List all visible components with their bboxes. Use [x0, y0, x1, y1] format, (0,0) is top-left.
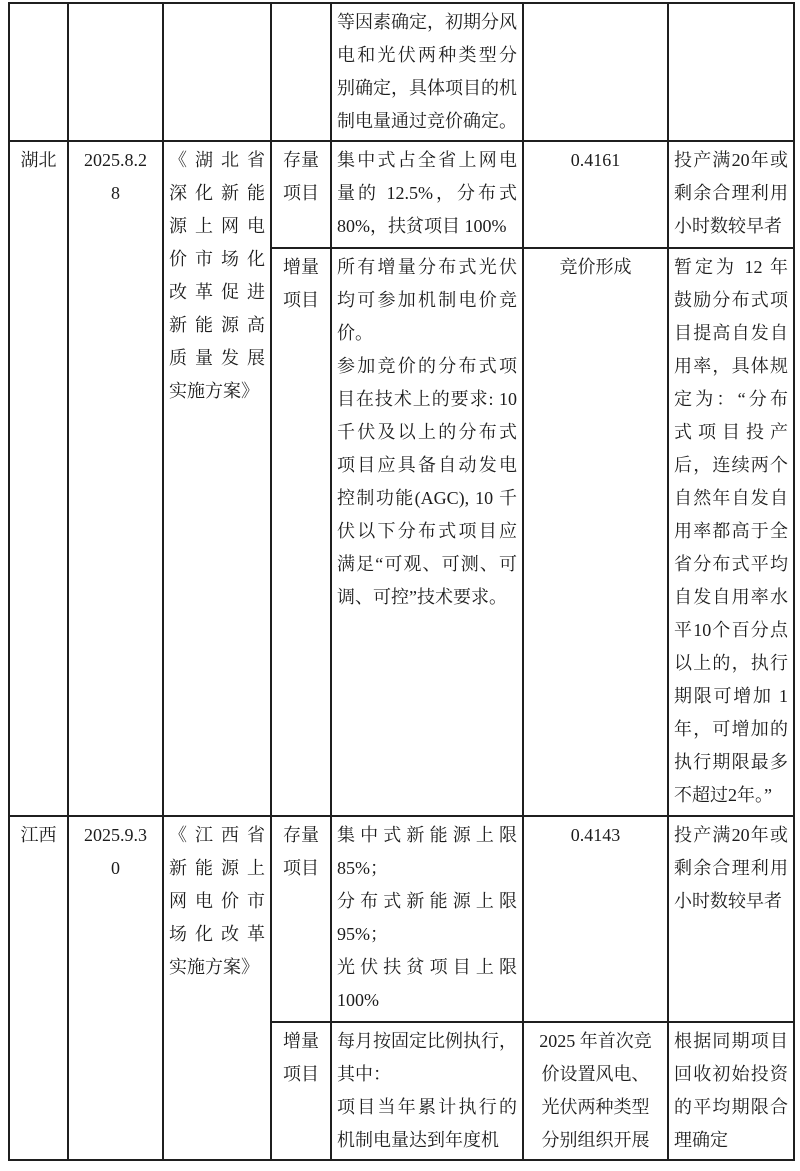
cell-type-jiangxi-existing: 存量项目 — [271, 816, 331, 1022]
cell-policy-title-hubei: 《湖北省深化新能源上网电价市场化改革促进新能源高质量发展实施方案》 — [163, 141, 271, 816]
cell-province-jiangxi: 江西 — [9, 816, 68, 1160]
cell-price-jiangxi-existing: 0.4143 — [523, 816, 668, 1022]
cell-desc-jiangxi-incremental: 每月按固定比例执行，其中：项目当年累计执行的机制电量达到年度机 — [331, 1022, 523, 1160]
cell-empty-date — [68, 3, 163, 141]
cell-type-jiangxi-incremental: 增量项目 — [271, 1022, 331, 1160]
province-name: 湖北 — [15, 144, 62, 177]
cell-date-jiangxi: 2025.9.30 — [68, 816, 163, 1160]
cell-empty-type — [271, 3, 331, 141]
cell-empty-duration — [668, 3, 794, 141]
cell-date-hubei: 2025.8.28 — [68, 141, 163, 816]
cell-duration-hubei-incremental: 暂定为 12 年鼓励分布式项目提高自发自用率，具体规定为：“分布式项目投产后，连… — [668, 248, 794, 816]
table-row-hubei-existing: 湖北 2025.8.28 《湖北省深化新能源上网电价市场化改革促进新能源高质量发… — [9, 141, 794, 248]
cell-province-hubei: 湖北 — [9, 141, 68, 816]
cell-empty-policy — [163, 3, 271, 141]
cell-desc-hubei-incremental: 所有增量分布式光伏均可参加机制电价竞价。参加竞价的分布式项目在技术上的要求: 1… — [331, 248, 523, 816]
document-page: 等因素确定，初期分风电和光伏两种类型分别确定，具体项目的机制电量通过竞价确定。 … — [0, 0, 800, 1171]
policy-table: 等因素确定，初期分风电和光伏两种类型分别确定，具体项目的机制电量通过竞价确定。 … — [8, 2, 795, 1161]
cell-price-jiangxi-incremental: 2025 年首次竞价设置风电、光伏两种类型分别组织开展 — [523, 1022, 668, 1160]
cell-type-hubei-existing: 存量项目 — [271, 141, 331, 248]
table-row-continuation: 等因素确定，初期分风电和光伏两种类型分别确定，具体项目的机制电量通过竞价确定。 — [9, 3, 794, 141]
cell-policy-title-jiangxi: 《江西省新能源上网电价市场化改革实施方案》 — [163, 816, 271, 1160]
table-row-jiangxi-existing: 江西 2025.9.30 《江西省新能源上网电价市场化改革实施方案》 存量项目 … — [9, 816, 794, 1022]
cell-empty-province — [9, 3, 68, 141]
province-name: 江西 — [15, 819, 62, 852]
cell-duration-jiangxi-incremental: 根据同期项目回收初始投资的平均期限合理确定 — [668, 1022, 794, 1160]
cell-type-hubei-incremental: 增量项目 — [271, 248, 331, 816]
cell-desc-jiangxi-existing: 集中式新能源上限85%；分布式新能源上限95%；光伏扶贫项目上限100% — [331, 816, 523, 1022]
cell-duration-hubei-existing: 投产满20年或剩余合理利用小时数较早者 — [668, 141, 794, 248]
cell-desc-continuation: 等因素确定，初期分风电和光伏两种类型分别确定，具体项目的机制电量通过竞价确定。 — [331, 3, 523, 141]
cell-desc-hubei-existing: 集中式占全省上网电量的 12.5%，分布式80%，扶贫项目 100% — [331, 141, 523, 248]
cell-duration-jiangxi-existing: 投产满20年或剩余合理利用小时数较早者 — [668, 816, 794, 1022]
cell-price-hubei-incremental: 竞价形成 — [523, 248, 668, 816]
cell-price-hubei-existing: 0.4161 — [523, 141, 668, 248]
cell-empty-price — [523, 3, 668, 141]
